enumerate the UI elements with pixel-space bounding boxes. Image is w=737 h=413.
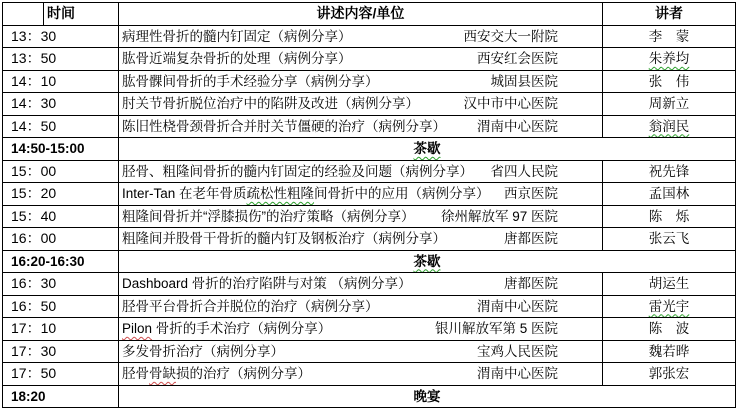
time-cell: 16：50 [3, 295, 119, 318]
speaker-name: 胡运生 [603, 273, 736, 296]
topic-text: 肘关节骨折脱位治疗中的陷阱及改进（病例分享） [119, 93, 419, 115]
time-cell: 14:50-15:00 [3, 138, 119, 161]
speaker-name: 郭张宏 [603, 363, 736, 386]
break-row: 16:20-16:30 茶歇 [3, 250, 736, 273]
topic-text: 肱骨近端复杂骨折的处理（病例分享） [119, 48, 352, 70]
header-time-subdivider [43, 3, 44, 25]
time-cell: 16：30 [3, 273, 119, 296]
topic-text: Dashboard 骨折的治疗陷阱与对策 （病例分享） [119, 273, 412, 295]
speaker-name: 魏若晔 [603, 340, 736, 363]
topic-text: 肱骨髁间骨折的手术经验分享（病例分享） [119, 71, 379, 93]
header-time: 时间 [3, 3, 119, 26]
speaker-name: 李 蒙 [603, 25, 736, 48]
hospital-text: 城固县医院 [491, 71, 559, 93]
hospital-text: 省四人民院 [491, 161, 559, 183]
session-row: 14：30 肘关节骨折脱位治疗中的陷阱及改进（病例分享）汉中市中心医院 周新立 [3, 93, 736, 116]
topic-text: 粗隆间骨折并“浮膝损伤”的治疗策略（病例分享） [119, 206, 415, 228]
time-cell: 18:20 [3, 385, 119, 408]
session-row: 17：30 多发骨折治疗（病例分享）宝鸡人民医院 魏若晔 [3, 340, 736, 363]
table-header-row: 时间 讲述内容/单位 讲者 [3, 3, 736, 26]
hospital-text: 西安交大一附院 [464, 26, 559, 48]
hospital-text: 汉中市中心医院 [464, 93, 559, 115]
session-row: 17：10 Pilon 骨折的手术治疗（病例分享）银川解放军第 5 医院 陈 波 [3, 318, 736, 341]
speaker-name: 朱养均 [603, 48, 736, 71]
session-row: 13：50 肱骨近端复杂骨折的处理（病例分享）西安红会医院 朱养均 [3, 48, 736, 71]
time-cell: 17：50 [3, 363, 119, 386]
hospital-text: 渭南中心医院 [477, 363, 558, 385]
hospital-text: 宝鸡人民医院 [477, 341, 558, 363]
session-row: 14：10 肱骨髁间骨折的手术经验分享（病例分享）城固县医院 张 伟 [3, 70, 736, 93]
time-cell: 15：00 [3, 160, 119, 183]
hospital-text: 西安红会医院 [477, 48, 558, 70]
hospital-text: 唐都医院 [504, 228, 558, 250]
time-cell: 14：50 [3, 115, 119, 138]
topic-text: Pilon 骨折的手术治疗（病例分享） [119, 318, 331, 340]
speaker-name: 祝先锋 [603, 160, 736, 183]
speaker-name: 翁润民 [603, 115, 736, 138]
schedule-table: 时间 讲述内容/单位 讲者 13：30 病理性骨折的髓内钉固定（病例分享）西安交… [2, 2, 736, 408]
time-cell: 13：50 [3, 48, 119, 71]
hospital-text: 西京医院 [504, 183, 558, 205]
time-cell: 14：10 [3, 70, 119, 93]
topic-text: 陈旧性桡骨颈骨折合并肘关节僵硬的治疗（病例分享） [119, 116, 446, 138]
session-row: 16：30 Dashboard 骨折的治疗陷阱与对策 （病例分享）唐都医院 胡运… [3, 273, 736, 296]
time-cell: 15：40 [3, 205, 119, 228]
topic-text: 病理性骨折的髓内钉固定（病例分享） [119, 26, 352, 48]
time-cell: 15：20 [3, 183, 119, 206]
break-label: 茶歇 [119, 250, 736, 273]
header-time-label: 时间 [47, 5, 75, 21]
topic-text: 多发骨折治疗（病例分享） [119, 341, 284, 363]
time-cell: 16:20-16:30 [3, 250, 119, 273]
hospital-text: 唐都医院 [504, 273, 558, 295]
speaker-name: 张 伟 [603, 70, 736, 93]
session-row: 16：00 粗隆间并股骨干骨折的髓内钉及钢板治疗（病例分享）唐都医院 张云飞 [3, 228, 736, 251]
speaker-name: 周新立 [603, 93, 736, 116]
session-row: 17：50 胫骨骨缺损的治疗（病例分享）渭南中心医院 郭张宏 [3, 363, 736, 386]
hospital-text: 渭南中心医院 [477, 296, 558, 318]
speaker-name: 孟国林 [603, 183, 736, 206]
topic-text: 胫骨骨缺损的治疗（病例分享） [119, 363, 311, 385]
conference-schedule-page: 时间 讲述内容/单位 讲者 13：30 病理性骨折的髓内钉固定（病例分享）西安交… [0, 0, 737, 413]
session-row: 16：50 胫骨平台骨折合并脱位的治疗（病例分享）渭南中心医院 雷光宇 [3, 295, 736, 318]
break-row: 18:20 晚宴 [3, 385, 736, 408]
speaker-name: 陈 烁 [603, 205, 736, 228]
time-cell: 16：00 [3, 228, 119, 251]
session-row: 15：40 粗隆间骨折并“浮膝损伤”的治疗策略（病例分享）徐州解放军 97 医院… [3, 205, 736, 228]
header-content: 讲述内容/单位 [119, 3, 603, 26]
time-cell: 17：10 [3, 318, 119, 341]
topic-text: 胫骨、粗隆间骨折的髓内钉固定的经验及问题（病例分享） [119, 161, 473, 183]
session-row: 15：00 胫骨、粗隆间骨折的髓内钉固定的经验及问题（病例分享）省四人民院 祝先… [3, 160, 736, 183]
speaker-name: 张云飞 [603, 228, 736, 251]
topic-text: Inter-Tan 在老年骨质疏松性粗隆间骨折中的应用（病例分享） [119, 183, 490, 205]
time-cell: 17：30 [3, 340, 119, 363]
speaker-name: 雷光宇 [603, 295, 736, 318]
hospital-text: 徐州解放军 97 医院 [441, 206, 558, 228]
hospital-text: 渭南中心医院 [477, 116, 558, 138]
topic-text: 胫骨平台骨折合并脱位的治疗（病例分享） [119, 296, 379, 318]
time-cell: 13：30 [3, 25, 119, 48]
break-label: 茶歇 [119, 138, 736, 161]
session-row: 13：30 病理性骨折的髓内钉固定（病例分享）西安交大一附院 李 蒙 [3, 25, 736, 48]
topic-text: 粗隆间并股骨干骨折的髓内钉及钢板治疗（病例分享） [119, 228, 446, 250]
time-cell: 14：30 [3, 93, 119, 116]
break-label: 晚宴 [119, 385, 736, 408]
hospital-text: 银川解放军第 5 医院 [435, 318, 558, 340]
session-row: 14：50 陈旧性桡骨颈骨折合并肘关节僵硬的治疗（病例分享）渭南中心医院 翁润民 [3, 115, 736, 138]
speaker-name: 陈 波 [603, 318, 736, 341]
header-speaker: 讲者 [603, 3, 736, 26]
session-row: 15：20 Inter-Tan 在老年骨质疏松性粗隆间骨折中的应用（病例分享）西… [3, 183, 736, 206]
break-row: 14:50-15:00 茶歇 [3, 138, 736, 161]
